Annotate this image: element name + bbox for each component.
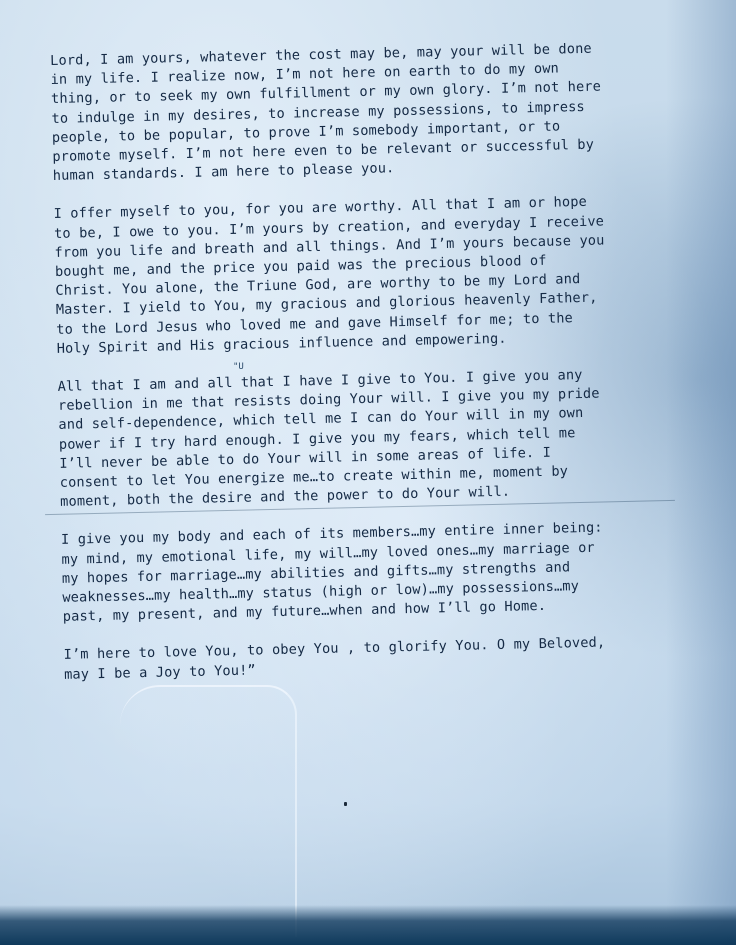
paragraph-3: All that I am and all that I have I give…: [57, 363, 700, 512]
paragraph-5: I’m here to love You, to obey You , to g…: [63, 632, 704, 685]
bottom-shadow: [0, 905, 736, 945]
paragraph-4: I give you my body and each of its membe…: [61, 517, 703, 628]
document-body: Lord, I am yours, whatever the cost may …: [50, 37, 705, 703]
ink-speck: [344, 802, 347, 806]
paragraph-1: Lord, I am yours, whatever the cost may …: [50, 37, 693, 186]
paper-tear-mark: [120, 685, 297, 937]
paragraph-2: I offer myself to you, for you are worth…: [53, 191, 696, 359]
